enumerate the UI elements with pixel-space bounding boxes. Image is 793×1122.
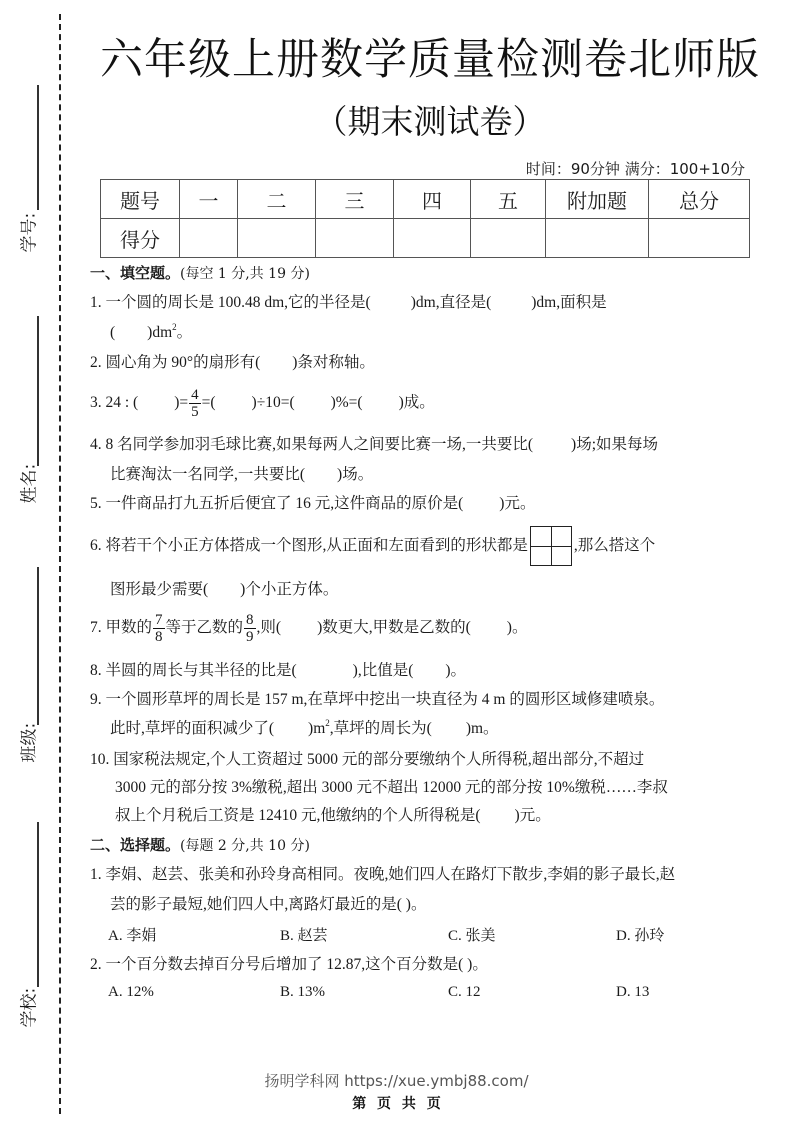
- student-id-label: 学号:: [15, 223, 40, 253]
- question-text: 1. 李娟、赵芸、张美和孙玲身高相同。夜晚,她们四人在路灯下散步,李娟的影子最长…: [90, 866, 675, 883]
- question-text: 7. 甲数的: [90, 619, 152, 636]
- score-table-score-row: 得分: [101, 219, 750, 258]
- option-a[interactable]: A. 12%: [108, 984, 154, 1001]
- numerator: 8: [244, 612, 256, 629]
- question-1-10-cont-2: 叔上个月税后工资是 12410 元,他缴纳的个人所得税是()元。: [115, 806, 551, 826]
- question-text: 3000 元的部分按 3%缴税,超出 3000 元不超出 12000 元的部分按…: [115, 779, 668, 796]
- question-1-10-cont-1: 3000 元的部分按 3%缴税,超出 3000 元不超出 12000 元的部分按…: [115, 778, 668, 798]
- fraction: 45: [189, 387, 201, 420]
- fraction: 89: [244, 612, 256, 645]
- question-text: )成。: [399, 394, 435, 411]
- binding-dashed-line: [59, 14, 61, 1114]
- question-1-3: 3. 24 : ()=45=()÷10=()%=()成。: [90, 386, 435, 420]
- option-c[interactable]: C. 张美: [448, 924, 496, 945]
- question-text: )元。: [515, 807, 551, 824]
- question-text: 10. 国家税法规定,个人工资超过 5000 元的部分要缴纳个人所得税,超出部分…: [90, 751, 644, 768]
- question-1-10: 10. 国家税法规定,个人工资超过 5000 元的部分要缴纳个人所得税,超出部分…: [90, 750, 644, 770]
- score-table-header-row: 题号 一 二 三 四 五 附加题 总分: [101, 180, 750, 219]
- question-text: )场。: [337, 466, 373, 483]
- section-2-heading: 二、选择题。(每题 2 分,共 10 分): [90, 835, 310, 856]
- header-cell: 总分: [649, 180, 750, 219]
- question-1-9-cont: 此时,草坪的面积减少了()m2,草坪的周长为()m。: [110, 719, 499, 739]
- fraction: 78: [153, 612, 165, 645]
- denominator: 5: [189, 404, 201, 420]
- numerator: 4: [189, 387, 201, 404]
- question-text: )数更大,甲数是乙数的(: [317, 619, 471, 636]
- question-text: ),比值是(: [353, 662, 414, 679]
- section-2-title: 二、选择题。: [90, 836, 180, 854]
- option-d[interactable]: D. 13: [616, 984, 649, 1001]
- question-text: 2. 圆心角为 90°的扇形有(: [90, 354, 260, 371]
- question-text: )个小正方体。: [240, 581, 338, 598]
- question-2-1-cont: 芸的影子最短,她们四人中,离路灯最近的是( )。: [110, 895, 426, 915]
- question-text: =(: [202, 394, 216, 411]
- question-text: 图形最少需要(: [110, 581, 208, 598]
- header-cell: 附加题: [546, 180, 649, 219]
- numerator: 7: [153, 612, 165, 629]
- page-title: 六年级上册数学质量检测卷北师版: [90, 26, 770, 87]
- question-text: 1. 一个圆的周长是 100.48 dm,它的半径是(: [90, 294, 371, 311]
- score-cell[interactable]: [471, 219, 546, 258]
- school-label: 学校:: [15, 998, 40, 1028]
- question-text: 4. 8 名同学参加羽毛球比赛,如果每两人之间要比赛一场,一共要比(: [90, 436, 533, 453]
- question-text: ,那么搭这个: [574, 537, 655, 554]
- question-text: )m。: [466, 720, 499, 737]
- question-1-2: 2. 圆心角为 90°的扇形有()条对称轴。: [90, 353, 375, 373]
- score-cell[interactable]: [546, 219, 649, 258]
- option-d[interactable]: D. 孙玲: [616, 924, 664, 945]
- header-cell: 五: [471, 180, 546, 219]
- score-cell[interactable]: [649, 219, 750, 258]
- score-table: 题号 一 二 三 四 五 附加题 总分 得分: [100, 179, 750, 258]
- student-name-label: 姓名:: [15, 474, 40, 504]
- question-1-1: 1. 一个圆的周长是 100.48 dm,它的半径是()dm,直径是()dm,面…: [90, 293, 607, 313]
- exam-meta: 时间：90分钟 满分：100+10分: [526, 158, 745, 179]
- question-text: 8. 半圆的周长与其半径的比是(: [90, 662, 297, 679]
- option-b[interactable]: B. 13%: [280, 984, 325, 1001]
- question-text: )dm,直径是(: [411, 294, 492, 311]
- denominator: 8: [153, 629, 165, 645]
- header-cell: 三: [316, 180, 394, 219]
- question-1-6: 6. 将若干个小正方体搭成一个图形,从正面和左面看到的形状都是,那么搭这个: [90, 525, 655, 567]
- header-cell: 四: [394, 180, 471, 219]
- student-name-underline: [37, 316, 39, 466]
- two-by-two-grid-icon: [530, 526, 572, 566]
- question-text: 。: [177, 324, 193, 341]
- question-1-5: 5. 一件商品打九五折后便宜了 16 元,这件商品的原价是()元。: [90, 494, 535, 514]
- school-underline: [37, 822, 39, 987]
- class-underline: [37, 567, 39, 725]
- score-cell[interactable]: [316, 219, 394, 258]
- question-2-1: 1. 李娟、赵芸、张美和孙玲身高相同。夜晚,她们四人在路灯下散步,李娟的影子最长…: [90, 865, 675, 885]
- score-cell[interactable]: [238, 219, 316, 258]
- score-row-label: 得分: [101, 219, 180, 258]
- class-label: 班级:: [15, 733, 40, 763]
- question-text: )元。: [499, 495, 535, 512]
- question-1-9: 9. 一个圆形草坪的周长是 157 m,在草坪中挖出一块直径为 4 m 的圆形区…: [90, 690, 664, 710]
- section-1-note: (每空 1 分,共 19 分): [180, 266, 310, 282]
- page-subtitle: （期末测试卷）: [90, 96, 770, 143]
- question-text: )。: [445, 662, 466, 679]
- question-text: )%=(: [331, 394, 363, 411]
- option-b[interactable]: B. 赵芸: [280, 924, 328, 945]
- denominator: 9: [244, 629, 256, 645]
- header-cell: 题号: [101, 180, 180, 219]
- question-text: 比赛淘汰一名同学,一共要比(: [110, 466, 305, 483]
- header-cell: 二: [238, 180, 316, 219]
- question-2-2: 2. 一个百分数去掉百分号后增加了 12.87,这个百分数是( )。: [90, 955, 488, 975]
- question-text: )场;如果每场: [571, 436, 658, 453]
- question-text: 3. 24 : (: [90, 394, 138, 411]
- page-number: 第 页 共 页: [0, 1093, 793, 1113]
- question-text: 9. 一个圆形草坪的周长是 157 m,在草坪中挖出一块直径为 4 m 的圆形区…: [90, 691, 664, 708]
- question-text: 2. 一个百分数去掉百分号后增加了 12.87,这个百分数是( )。: [90, 956, 488, 973]
- question-1-4: 4. 8 名同学参加羽毛球比赛,如果每两人之间要比赛一场,一共要比()场;如果每…: [90, 435, 658, 455]
- section-1-title: 一、填空题。: [90, 264, 180, 282]
- question-text: )÷10=(: [252, 394, 295, 411]
- question-text: )=: [174, 394, 188, 411]
- question-text: )m: [308, 720, 325, 737]
- option-c[interactable]: C. 12: [448, 984, 481, 1001]
- question-text: 等于乙数的: [166, 619, 244, 636]
- question-text: 叔上个月税后工资是 12410 元,他缴纳的个人所得税是(: [115, 807, 481, 824]
- score-cell[interactable]: [180, 219, 238, 258]
- question-text: 5. 一件商品打九五折后便宜了 16 元,这件商品的原价是(: [90, 495, 463, 512]
- question-text: )dm,面积是: [531, 294, 606, 311]
- question-1-8: 8. 半圆的周长与其半径的比是(),比值是()。: [90, 661, 466, 681]
- question-text: (: [110, 324, 115, 341]
- score-cell[interactable]: [394, 219, 471, 258]
- question-1-4-cont: 比赛淘汰一名同学,一共要比()场。: [110, 465, 373, 485]
- question-text: )。: [507, 619, 528, 636]
- question-text: )dm: [147, 324, 172, 341]
- question-text: 芸的影子最短,她们四人中,离路灯最近的是( )。: [110, 896, 426, 913]
- header-cell: 一: [180, 180, 238, 219]
- question-1-6-cont: 图形最少需要()个小正方体。: [110, 580, 338, 600]
- section-2-note: (每题 2 分,共 10 分): [180, 838, 310, 854]
- question-1-7: 7. 甲数的78等于乙数的89,则()数更大,甲数是乙数的()。: [90, 610, 527, 646]
- watermark-link[interactable]: 扬明学科网 https://xue.ymbj88.com/: [0, 1070, 793, 1091]
- question-text: ,则(: [257, 619, 282, 636]
- section-1-heading: 一、填空题。(每空 1 分,共 19 分): [90, 263, 310, 284]
- option-a[interactable]: A. 李娟: [108, 924, 156, 945]
- question-text: ,草坪的周长为(: [330, 720, 432, 737]
- question-text: 6. 将若干个小正方体搭成一个图形,从正面和左面看到的形状都是: [90, 537, 528, 554]
- student-id-underline: [37, 85, 39, 210]
- question-text: )条对称轴。: [292, 354, 375, 371]
- question-1-1-cont: ()dm2。: [110, 323, 192, 343]
- question-text: 此时,草坪的面积减少了(: [110, 720, 274, 737]
